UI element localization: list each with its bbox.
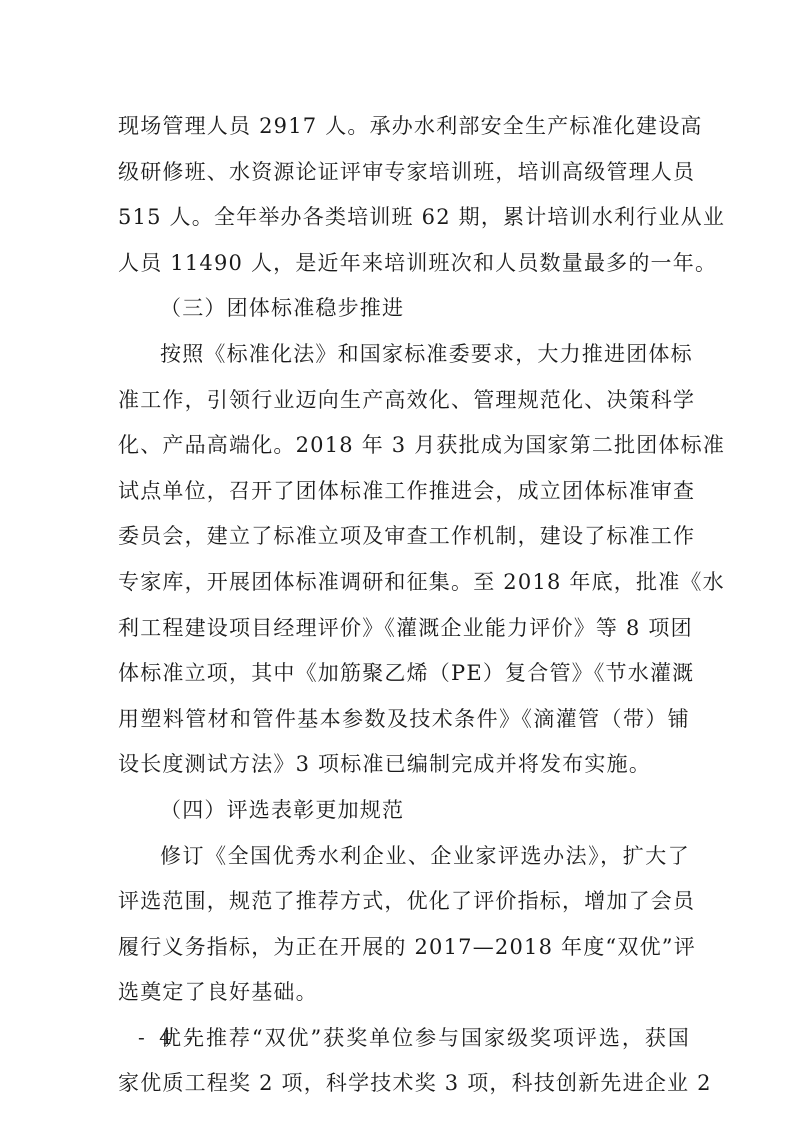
text-line: 化、产品高端化。2018 年 3 月获批成为国家第二批团体标准 [118,423,690,469]
paragraph-start: 修订《全国优秀水利企业、企业家评选办法》，扩大了 [118,834,690,880]
text-line: 设长度测试方法》3 项标准已编制完成并将发布实施。 [118,742,690,788]
text-line: 履行义务指标，为正在开展的 2017—2018 年度“双优”评 [118,925,690,971]
paragraph-start: 按照《标准化法》和国家标准委要求，大力推进团体标 [118,332,690,378]
document-body: 现场管理人员 2917 人。承办水利部安全生产标准化建设高 级研修班、水资源论证… [118,104,690,1107]
paragraph-start: 优先推荐“双优”获奖单位参与国家级奖项评选，获国 [118,1016,690,1062]
text-line: 委员会，建立了标准立项及审查工作机制，建设了标准工作 [118,514,690,560]
text-line: 试点单位，召开了团体标准工作推进会，成立团体标准审查 [118,469,690,515]
section-heading-4: （四）评选表彰更加规范 [118,788,690,834]
text-line: 体标准立项，其中《加筋聚乙烯（PE）复合管》《节水灌溉 [118,651,690,697]
text-line: 现场管理人员 2917 人。承办水利部安全生产标准化建设高 [118,104,690,150]
text-line: 准工作，引领行业迈向生产高效化、管理规范化、决策科学 [118,378,690,424]
text-line: 利工程建设项目经理评价》《灌溉企业能力评价》等 8 项团 [118,606,690,652]
page-number: - 4 - [138,1025,197,1049]
text-line: 评选范围，规范了推荐方式，优化了评价指标，增加了会员 [118,879,690,925]
text-line: 专家库，开展团体标准调研和征集。至 2018 年底，批准《水 [118,560,690,606]
text-line: 家优质工程奖 2 项，科学技术奖 3 项，科技创新先进企业 2 [118,1061,690,1107]
text-line: 515 人。全年举办各类培训班 62 期，累计培训水利行业从业 [118,195,690,241]
document-page: 现场管理人员 2917 人。承办水利部安全生产标准化建设高 级研修班、水资源论证… [0,0,800,1131]
text-line: 级研修班、水资源论证评审专家培训班，培训高级管理人员 [118,150,690,196]
text-line: 选奠定了良好基础。 [118,970,690,1016]
text-line: 人员 11490 人，是近年来培训班次和人员数量最多的一年。 [118,241,690,287]
section-heading-3: （三）团体标准稳步推进 [118,286,690,332]
text-line: 用塑料管材和管件基本参数及技术条件》《滴灌管（带）铺 [118,697,690,743]
